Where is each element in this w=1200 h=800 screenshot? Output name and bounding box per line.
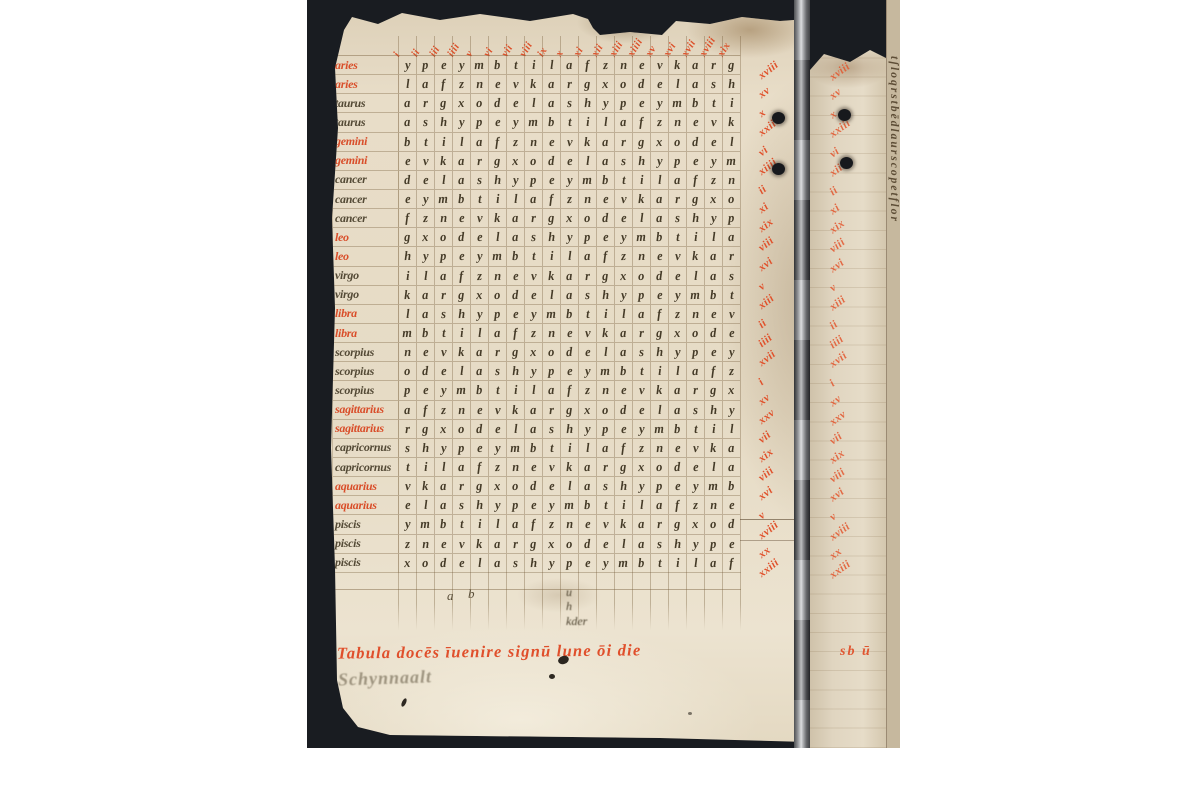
letter-cell: l bbox=[723, 133, 741, 152]
letter-cell: f bbox=[669, 496, 687, 515]
letter-cell: t bbox=[435, 324, 453, 343]
letter-cell: n bbox=[669, 113, 687, 132]
letter-cell: f bbox=[723, 554, 741, 573]
letter-cell: l bbox=[687, 267, 705, 286]
letter-cell: l bbox=[435, 458, 453, 477]
letter-cell: e bbox=[615, 381, 633, 400]
letter-cell: k bbox=[597, 324, 615, 343]
letter-cell: r bbox=[507, 535, 525, 554]
zodiac-label: leo bbox=[333, 247, 399, 266]
letter-cell: v bbox=[597, 515, 615, 534]
letter-cell: a bbox=[579, 458, 597, 477]
letter-cell: x bbox=[687, 515, 705, 534]
letter-cell: h bbox=[417, 439, 435, 458]
letter-cell: m bbox=[489, 247, 507, 266]
letter-cell: e bbox=[597, 535, 615, 554]
letter-cell: g bbox=[399, 228, 417, 247]
letter-cell: e bbox=[435, 362, 453, 381]
letter-cell: y bbox=[399, 56, 417, 75]
letter-cell: a bbox=[651, 496, 669, 515]
letter-cell: h bbox=[543, 228, 561, 247]
letter-cell: e bbox=[417, 171, 435, 190]
zodiac-label: piscis bbox=[333, 535, 399, 554]
letter-cell: e bbox=[507, 267, 525, 286]
letter-cell: e bbox=[579, 554, 597, 573]
letter-cell: n bbox=[579, 190, 597, 209]
zodiac-label: gemini bbox=[333, 133, 399, 152]
letter-cell: e bbox=[597, 228, 615, 247]
letter-cell: a bbox=[399, 113, 417, 132]
letter-cell: y bbox=[669, 286, 687, 305]
letter-cell: a bbox=[471, 362, 489, 381]
letter-cell: m bbox=[453, 381, 471, 400]
letter-cell: s bbox=[669, 209, 687, 228]
letter-cell: b bbox=[669, 420, 687, 439]
letter-cell: m bbox=[507, 439, 525, 458]
zodiac-label: libra bbox=[333, 324, 399, 343]
letter-cell: r bbox=[633, 324, 651, 343]
letter-cell: r bbox=[669, 190, 687, 209]
letter-cell: b bbox=[723, 477, 741, 496]
letter-cell: n bbox=[417, 535, 435, 554]
letter-cell: a bbox=[453, 171, 471, 190]
subtable-letter-a: a bbox=[447, 588, 454, 604]
letter-cell: a bbox=[399, 94, 417, 113]
letter-cell: l bbox=[669, 75, 687, 94]
letter-cell: l bbox=[525, 381, 543, 400]
letter-cell: t bbox=[489, 381, 507, 400]
letter-cell: k bbox=[507, 401, 525, 420]
letter-cell: a bbox=[597, 133, 615, 152]
letter-cell: y bbox=[561, 228, 579, 247]
letter-cell: s bbox=[399, 439, 417, 458]
letter-cell: a bbox=[435, 496, 453, 515]
letter-cell: p bbox=[525, 171, 543, 190]
letter-cell: a bbox=[507, 515, 525, 534]
letter-cell: g bbox=[525, 535, 543, 554]
letter-cell: h bbox=[723, 75, 741, 94]
letter-cell: k bbox=[687, 247, 705, 266]
zodiac-label: scorpius bbox=[333, 381, 399, 400]
letter-cell: e bbox=[633, 56, 651, 75]
letter-cell: e bbox=[417, 381, 435, 400]
zodiac-label: cancer bbox=[333, 171, 399, 190]
letter-cell: a bbox=[669, 401, 687, 420]
letter-cell: r bbox=[561, 75, 579, 94]
letter-cell: k bbox=[435, 152, 453, 171]
letter-cell: k bbox=[669, 56, 687, 75]
letter-cell: b bbox=[525, 439, 543, 458]
letter-cell: e bbox=[525, 496, 543, 515]
letter-cell: n bbox=[597, 381, 615, 400]
letter-cell: l bbox=[687, 554, 705, 573]
zodiac-label: piscis bbox=[333, 554, 399, 573]
letter-cell: a bbox=[525, 420, 543, 439]
letter-cell: s bbox=[417, 113, 435, 132]
letter-cell: b bbox=[561, 305, 579, 324]
letter-cell: b bbox=[597, 171, 615, 190]
letter-cell: e bbox=[525, 286, 543, 305]
letter-cell: g bbox=[489, 152, 507, 171]
smudge-mark: h bbox=[566, 599, 606, 613]
letter-cell: s bbox=[435, 305, 453, 324]
letter-cell: h bbox=[579, 94, 597, 113]
letter-cell: y bbox=[489, 439, 507, 458]
letter-cell: g bbox=[651, 324, 669, 343]
letter-cell: n bbox=[507, 458, 525, 477]
letter-cell: k bbox=[579, 133, 597, 152]
letter-cell: x bbox=[651, 133, 669, 152]
letter-cell: g bbox=[633, 133, 651, 152]
wormhole bbox=[772, 112, 785, 124]
letter-cell: n bbox=[471, 75, 489, 94]
letter-cell: e bbox=[651, 75, 669, 94]
letter-cell: p bbox=[597, 420, 615, 439]
letter-cell: h bbox=[453, 305, 471, 324]
letter-cell: h bbox=[399, 247, 417, 266]
letter-cell: o bbox=[543, 343, 561, 362]
letter-cell: a bbox=[687, 75, 705, 94]
letter-cell: p bbox=[669, 152, 687, 171]
letter-cell: n bbox=[489, 267, 507, 286]
letter-cell: h bbox=[489, 171, 507, 190]
letter-cell: v bbox=[705, 113, 723, 132]
letter-cell: p bbox=[615, 94, 633, 113]
letter-cell: y bbox=[507, 171, 525, 190]
letter-cell: s bbox=[579, 286, 597, 305]
letter-cell: d bbox=[651, 267, 669, 286]
letter-cell: k bbox=[705, 439, 723, 458]
letter-cell: y bbox=[651, 152, 669, 171]
letter-cell: p bbox=[507, 496, 525, 515]
letter-cell: e bbox=[651, 286, 669, 305]
letter-cell: h bbox=[597, 286, 615, 305]
letter-cell: a bbox=[561, 267, 579, 286]
letter-cell: n bbox=[435, 209, 453, 228]
zodiac-label: scorpius bbox=[333, 362, 399, 381]
letter-cell: a bbox=[615, 343, 633, 362]
letter-cell: b bbox=[633, 554, 651, 573]
letter-cell: y bbox=[651, 94, 669, 113]
letter-cell: f bbox=[561, 381, 579, 400]
letter-cell: h bbox=[615, 477, 633, 496]
letter-cell: k bbox=[399, 286, 417, 305]
letter-cell: r bbox=[417, 94, 435, 113]
letter-cell: n bbox=[705, 496, 723, 515]
letter-cell: o bbox=[399, 362, 417, 381]
letter-cell: z bbox=[453, 75, 471, 94]
facing-leaf-strip: xviiixvxxxiiivixiiiiiixixixviiixvivxiiii… bbox=[810, 0, 886, 748]
letter-cell: e bbox=[651, 247, 669, 266]
letter-cell: m bbox=[687, 286, 705, 305]
letter-cell: e bbox=[489, 420, 507, 439]
manuscript-photo: iiiiiiiiiivviviiviiiixxxixiixiiixiiiixvx… bbox=[307, 0, 900, 748]
letter-cell: d bbox=[705, 324, 723, 343]
letter-cell: i bbox=[399, 267, 417, 286]
letter-cell: y bbox=[633, 477, 651, 496]
letter-cell: l bbox=[453, 362, 471, 381]
letter-cell: v bbox=[417, 152, 435, 171]
letter-cell: o bbox=[579, 209, 597, 228]
letter-cell: i bbox=[525, 56, 543, 75]
letter-cell: s bbox=[597, 477, 615, 496]
letter-cell: k bbox=[417, 477, 435, 496]
letter-cell: e bbox=[579, 343, 597, 362]
letter-cell: y bbox=[705, 152, 723, 171]
letter-cell: n bbox=[687, 305, 705, 324]
letter-cell: s bbox=[615, 152, 633, 171]
letter-cell: n bbox=[525, 133, 543, 152]
letter-cell: i bbox=[633, 171, 651, 190]
letter-cell: p bbox=[579, 228, 597, 247]
letter-cell: l bbox=[633, 209, 651, 228]
wormhole bbox=[838, 109, 851, 121]
letter-cell: e bbox=[489, 113, 507, 132]
letter-cell: p bbox=[543, 362, 561, 381]
letter-cell: y bbox=[597, 554, 615, 573]
letter-cell: y bbox=[543, 554, 561, 573]
letter-cell: a bbox=[417, 75, 435, 94]
letter-cell: y bbox=[561, 171, 579, 190]
subtable-letter-b: b bbox=[468, 586, 475, 602]
letter-cell: m bbox=[417, 515, 435, 534]
letter-cell: v bbox=[615, 190, 633, 209]
letter-cell: e bbox=[723, 535, 741, 554]
wormhole bbox=[772, 163, 785, 175]
letter-cell: l bbox=[615, 535, 633, 554]
letter-cell: n bbox=[399, 343, 417, 362]
letter-cell: s bbox=[489, 362, 507, 381]
letter-cell: i bbox=[543, 247, 561, 266]
letter-cell: l bbox=[633, 496, 651, 515]
letter-cell: t bbox=[633, 362, 651, 381]
letter-cell: e bbox=[507, 305, 525, 324]
letter-cell: l bbox=[435, 171, 453, 190]
letter-cell: b bbox=[453, 190, 471, 209]
letter-cell: m bbox=[471, 56, 489, 75]
letter-cell: a bbox=[705, 554, 723, 573]
letter-cell: l bbox=[579, 439, 597, 458]
letter-cell: e bbox=[669, 477, 687, 496]
letter-cell: l bbox=[399, 305, 417, 324]
rubric-caption: Tabula docēs īuenire signū lune ōi die bbox=[337, 640, 642, 663]
letter-cell: r bbox=[525, 209, 543, 228]
letter-cell: a bbox=[561, 56, 579, 75]
letter-cell: e bbox=[435, 56, 453, 75]
letter-cell: r bbox=[543, 401, 561, 420]
letter-cell: e bbox=[543, 171, 561, 190]
letter-cell: o bbox=[633, 267, 651, 286]
letter-cell: i bbox=[471, 515, 489, 534]
letter-cell: v bbox=[399, 477, 417, 496]
letter-cell: t bbox=[687, 420, 705, 439]
letter-cell: l bbox=[417, 267, 435, 286]
letter-cell: y bbox=[687, 477, 705, 496]
letter-cell: p bbox=[399, 381, 417, 400]
letter-cell: a bbox=[597, 439, 615, 458]
letter-cell: h bbox=[561, 420, 579, 439]
letter-cell: a bbox=[471, 343, 489, 362]
parchment-leaf: iiiiiiiiiivviviiviiiixxxixiixiiixiiiixvx… bbox=[330, 8, 807, 742]
letter-cell: f bbox=[543, 190, 561, 209]
letter-cell: i bbox=[723, 94, 741, 113]
letter-cell: m bbox=[435, 190, 453, 209]
letter-cell: r bbox=[687, 381, 705, 400]
letter-cell: h bbox=[471, 496, 489, 515]
letter-cell: o bbox=[507, 477, 525, 496]
letter-cell: n bbox=[543, 324, 561, 343]
letter-cell: p bbox=[651, 477, 669, 496]
letter-cell: e bbox=[597, 190, 615, 209]
letter-cell: t bbox=[525, 247, 543, 266]
letter-cell: a bbox=[651, 190, 669, 209]
letter-cell: l bbox=[471, 324, 489, 343]
letter-cell: g bbox=[561, 401, 579, 420]
letter-cell: f bbox=[687, 171, 705, 190]
letter-cell: a bbox=[705, 267, 723, 286]
letter-cell: k bbox=[543, 267, 561, 286]
letter-cell: n bbox=[561, 515, 579, 534]
zodiac-label: gemini bbox=[333, 152, 399, 171]
letter-cell: v bbox=[579, 324, 597, 343]
letter-cell: z bbox=[633, 439, 651, 458]
ink-smudge-notes: uhkder bbox=[566, 585, 606, 628]
letter-cell: x bbox=[579, 401, 597, 420]
letter-cell: k bbox=[615, 515, 633, 534]
letter-cell: g bbox=[543, 209, 561, 228]
letter-cell: s bbox=[543, 420, 561, 439]
letter-cell: a bbox=[579, 477, 597, 496]
letter-cell: r bbox=[723, 247, 741, 266]
letter-cell: r bbox=[399, 420, 417, 439]
zodiac-label: aries bbox=[333, 75, 399, 94]
red-caption-fragment: sb ū bbox=[840, 644, 872, 660]
letter-cell: b bbox=[489, 56, 507, 75]
letter-cell: e bbox=[471, 401, 489, 420]
letter-cell: z bbox=[597, 56, 615, 75]
letter-cell: o bbox=[453, 420, 471, 439]
letter-cell: z bbox=[579, 381, 597, 400]
letter-cell: l bbox=[597, 343, 615, 362]
letter-cell: v bbox=[669, 247, 687, 266]
letter-cell: x bbox=[471, 286, 489, 305]
letter-cell: m bbox=[723, 152, 741, 171]
letter-cell: y bbox=[579, 420, 597, 439]
letter-cell: e bbox=[561, 362, 579, 381]
letter-cell: o bbox=[435, 228, 453, 247]
letter-cell: s bbox=[453, 496, 471, 515]
letter-cell: f bbox=[399, 209, 417, 228]
letter-cell: k bbox=[651, 381, 669, 400]
letter-cell: i bbox=[687, 228, 705, 247]
letter-cell: g bbox=[579, 75, 597, 94]
letter-cell: b bbox=[471, 381, 489, 400]
letter-cell: t bbox=[399, 458, 417, 477]
smudge-mark: u bbox=[566, 585, 606, 599]
letter-cell: i bbox=[597, 305, 615, 324]
letter-cell: t bbox=[471, 190, 489, 209]
letter-cell: d bbox=[561, 343, 579, 362]
letter-cell: a bbox=[615, 324, 633, 343]
letter-cell: t bbox=[705, 94, 723, 113]
letter-cell: l bbox=[705, 458, 723, 477]
letter-cell: o bbox=[723, 190, 741, 209]
letter-cell: x bbox=[399, 554, 417, 573]
letter-cell: k bbox=[561, 458, 579, 477]
letter-cell: d bbox=[669, 458, 687, 477]
letter-cell: e bbox=[687, 113, 705, 132]
letter-cell: d bbox=[399, 171, 417, 190]
letter-cell: f bbox=[435, 75, 453, 94]
letter-cell: o bbox=[651, 458, 669, 477]
letter-cell: a bbox=[453, 458, 471, 477]
letter-cell: m bbox=[669, 94, 687, 113]
letter-cell: a bbox=[687, 56, 705, 75]
zodiac-label: piscis bbox=[333, 515, 399, 534]
letter-cell: z bbox=[399, 535, 417, 554]
letter-cell: y bbox=[489, 496, 507, 515]
letter-cell: x bbox=[507, 152, 525, 171]
letter-cell: a bbox=[417, 286, 435, 305]
letter-cell: o bbox=[525, 152, 543, 171]
letter-cell: x bbox=[669, 324, 687, 343]
letter-cell: e bbox=[399, 496, 417, 515]
letter-cell: s bbox=[633, 343, 651, 362]
letter-cell: h bbox=[633, 152, 651, 171]
letter-cell: r bbox=[615, 133, 633, 152]
letter-cell: y bbox=[399, 515, 417, 534]
letter-cell: e bbox=[687, 152, 705, 171]
letter-cell: z bbox=[615, 247, 633, 266]
letter-cell: r bbox=[435, 286, 453, 305]
letter-cell: d bbox=[435, 554, 453, 573]
letter-cell: h bbox=[507, 362, 525, 381]
letter-cell: a bbox=[669, 381, 687, 400]
letter-cell: a bbox=[543, 381, 561, 400]
letter-cell: a bbox=[489, 324, 507, 343]
letter-cell: p bbox=[723, 209, 741, 228]
wormhole bbox=[840, 157, 853, 169]
letter-cell: a bbox=[507, 228, 525, 247]
letter-cell: a bbox=[543, 75, 561, 94]
letter-cell: v bbox=[435, 343, 453, 362]
letter-cell: o bbox=[471, 94, 489, 113]
zodiac-label: leo bbox=[333, 228, 399, 247]
letter-cell: i bbox=[489, 190, 507, 209]
letter-cell: p bbox=[705, 535, 723, 554]
letter-cell: e bbox=[525, 458, 543, 477]
letter-cell: d bbox=[471, 420, 489, 439]
letter-cell: m bbox=[597, 362, 615, 381]
letter-cell: a bbox=[471, 133, 489, 152]
letter-cell: e bbox=[669, 267, 687, 286]
letter-cell: s bbox=[705, 75, 723, 94]
letter-cell: e bbox=[489, 75, 507, 94]
letter-cell: s bbox=[525, 228, 543, 247]
letter-cell: y bbox=[507, 113, 525, 132]
letter-cell: i bbox=[669, 554, 687, 573]
letter-cell: h bbox=[705, 401, 723, 420]
letter-cell: m bbox=[561, 496, 579, 515]
letter-cell: g bbox=[669, 515, 687, 534]
letter-cell: e bbox=[615, 420, 633, 439]
letter-cell: m bbox=[633, 228, 651, 247]
letter-cell: t bbox=[597, 496, 615, 515]
letter-cell: r bbox=[453, 477, 471, 496]
smudge-mark: kder bbox=[566, 614, 606, 628]
letter-cell: l bbox=[651, 171, 669, 190]
letter-cell: z bbox=[651, 113, 669, 132]
